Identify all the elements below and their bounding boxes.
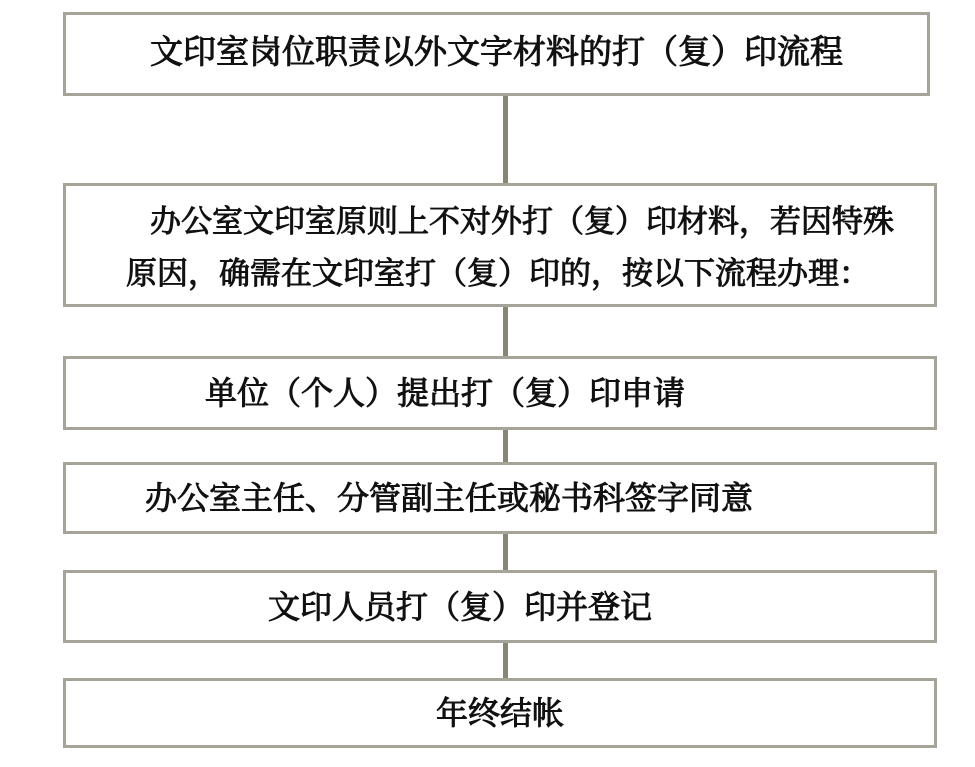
flow-box-intro-line-1: 办公室文印室原则上不对外打（复）印材料，若因特殊 [66, 196, 934, 248]
flow-box-year-end-settlement-text: 年终结帐 [66, 693, 934, 733]
flow-box-intro-line-2: 原因，确需在文印室打（复）印的，按以下流程办理： [66, 248, 934, 300]
flowchart-diagram: 文印室岗位职责以外文字材料的打（复）印流程 办公室文印室原则上不对外打（复）印材… [0, 0, 975, 767]
flow-box-apply-text: 单位（个人）提出打（复）印申请 [66, 373, 934, 413]
connector-line-3 [503, 430, 508, 462]
flow-box-title: 文印室岗位职责以外文字材料的打（复）印流程 [63, 12, 930, 96]
flow-box-print-register: 文印人员打（复）印并登记 [63, 570, 937, 643]
flow-box-approve-text: 办公室主任、分管副主任或秘书科签字同意 [66, 478, 934, 518]
connector-line-2 [503, 307, 508, 356]
flow-box-title-text: 文印室岗位职责以外文字材料的打（复）印流程 [66, 33, 927, 74]
connector-line-1 [503, 96, 508, 183]
flow-box-apply: 单位（个人）提出打（复）印申请 [63, 356, 937, 430]
flow-box-approve: 办公室主任、分管副主任或秘书科签字同意 [63, 462, 937, 534]
flow-box-print-register-text: 文印人员打（复）印并登记 [66, 587, 934, 627]
connector-line-4 [503, 534, 508, 570]
flow-box-intro: 办公室文印室原则上不对外打（复）印材料，若因特殊 原因，确需在文印室打（复）印的… [63, 183, 937, 307]
connector-line-5 [503, 643, 508, 678]
flow-box-year-end-settlement: 年终结帐 [63, 678, 937, 748]
